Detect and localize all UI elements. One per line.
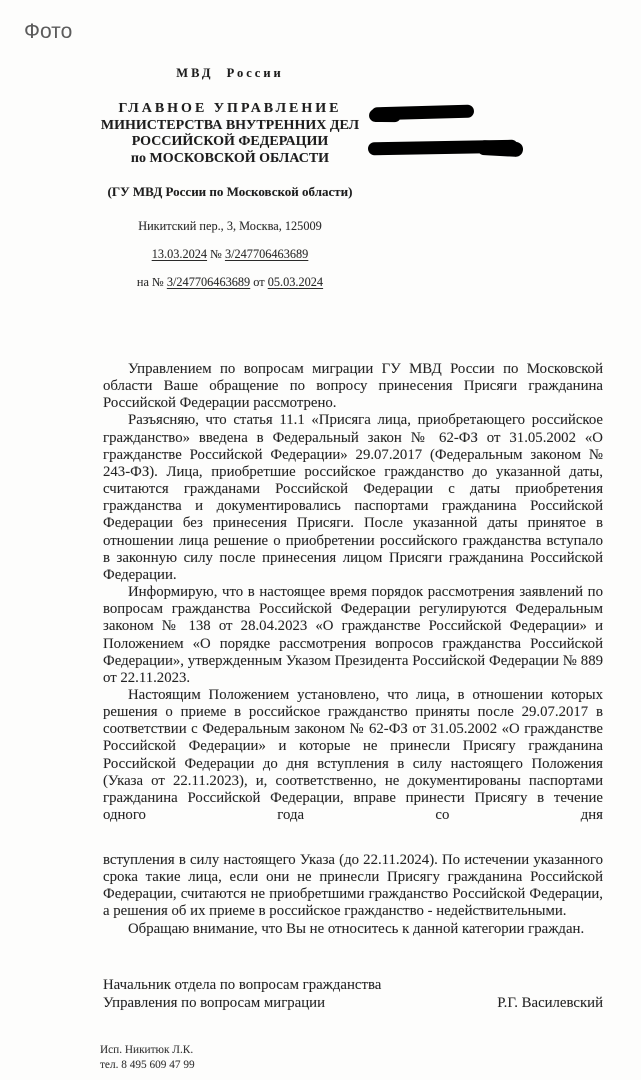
executor-name: Исп. Никитюк Л.К. <box>100 1043 195 1058</box>
letter-body-page-2: вступления в силу настоящего Указа (до 2… <box>103 852 603 938</box>
signer-position-line: Управления по вопросам миграции <box>103 995 325 1013</box>
signer-name: Р.Г. Василевский <box>497 995 603 1013</box>
body-paragraph-continuation: вступления в силу настоящего Указа (до 2… <box>103 852 603 921</box>
body-paragraph: Обращаю внимание, что Вы не относитесь к… <box>103 921 603 938</box>
body-paragraph: Управлением по вопросам миграции ГУ МВД … <box>103 361 603 412</box>
redaction-bar <box>371 105 474 121</box>
outgoing-number: 3/247706463689 <box>225 247 308 261</box>
org-short-name: (ГУ МВД России по Московской области) <box>90 184 370 200</box>
signature-row: Управления по вопросам миграции Р.Г. Вас… <box>103 995 603 1013</box>
redaction-bar <box>368 140 518 156</box>
outgoing-reference: 13.03.2024 № 3/247706463689 <box>90 247 370 262</box>
org-address: Никитский пер., 3, Москва, 125009 <box>90 219 370 234</box>
signature-block: Начальник отдела по вопросам гражданства… <box>103 977 603 1012</box>
body-paragraph: Информирую, что в настоящее время порядо… <box>103 584 603 687</box>
photo-label: Фото <box>24 20 72 44</box>
body-paragraph: Настоящим Положением установлено, что ли… <box>103 687 603 824</box>
org-name-line: РОССИЙСКОЙ ФЕДЕРАЦИИ <box>90 134 370 151</box>
org-name: ГЛАВНОЕ УПРАВЛЕНИЕ МИНИСТЕРСТВА ВНУТРЕНН… <box>90 101 370 167</box>
executor-phone: тел. 8 495 609 47 99 <box>100 1058 195 1073</box>
incoming-reference: на № 3/247706463689 от 05.03.2024 <box>90 275 370 290</box>
body-paragraph: Разъясняю, что статья 11.1 «Присяга лица… <box>103 412 603 584</box>
incoming-date: 05.03.2024 <box>268 275 323 289</box>
signer-position-line: Начальник отдела по вопросам гражданства <box>103 977 603 995</box>
incoming-prefix: на № <box>137 275 164 289</box>
number-sign: № <box>210 247 222 261</box>
letterhead: МВД России ГЛАВНОЕ УПРАВЛЕНИЕ МИНИСТЕРСТ… <box>90 66 370 290</box>
incoming-number: 3/247706463689 <box>167 275 250 289</box>
org-name-line: МИНИСТЕРСТВА ВНУТРЕННИХ ДЕЛ <box>90 118 370 135</box>
org-name-line: ГЛАВНОЕ УПРАВЛЕНИЕ <box>90 101 370 118</box>
org-name-line: по МОСКОВСКОЙ ОБЛАСТИ <box>90 151 370 168</box>
incoming-from-word: от <box>253 275 264 289</box>
document-photo-view: Фото МВД России ГЛАВНОЕ УПРАВЛЕНИЕ МИНИС… <box>0 0 641 1080</box>
letter-body-page-1: Управлением по вопросам миграции ГУ МВД … <box>103 361 603 824</box>
outgoing-date: 13.03.2024 <box>152 247 207 261</box>
executor-footer: Исп. Никитюк Л.К. тел. 8 495 609 47 99 <box>100 1043 195 1072</box>
ministry-name: МВД России <box>90 66 370 81</box>
